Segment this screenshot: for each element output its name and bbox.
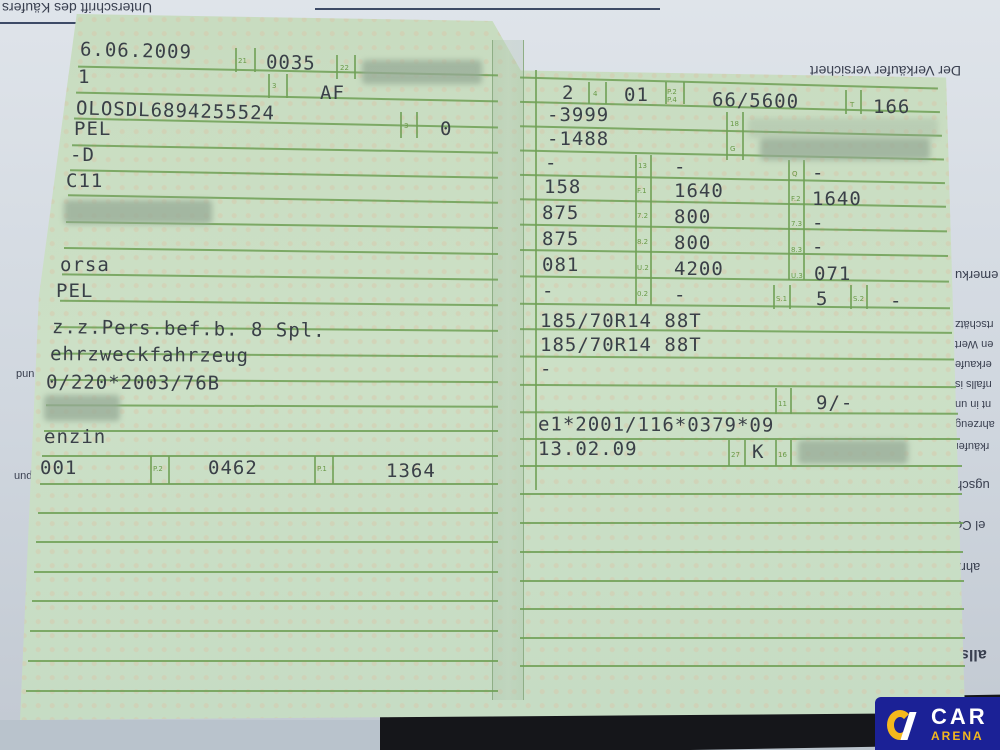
model-name: orsa <box>60 254 110 276</box>
field-27-value: K <box>752 441 764 463</box>
ruled-line <box>44 430 498 432</box>
background-fragment: ugsch <box>955 478 990 493</box>
cell-divider <box>235 48 237 72</box>
make-name: PEL <box>56 280 93 302</box>
field-axles: 2 <box>562 82 574 104</box>
field-code: 3 <box>272 82 276 90</box>
background-fragment: erkaufe <box>955 358 992 370</box>
field-code: 8.3 <box>791 246 802 254</box>
ruled-line <box>520 608 964 610</box>
cell-divider <box>860 90 862 114</box>
field-q-value: - <box>812 162 824 184</box>
field-21-value: 0035 <box>266 51 316 74</box>
field-row6-value: C11 <box>66 170 103 192</box>
ruled-line <box>38 512 498 514</box>
max-mass-f2: 1640 <box>812 188 862 210</box>
engine-power: 66/5600 <box>712 89 800 113</box>
background-fragment: rtschätz <box>955 318 994 330</box>
cell-divider <box>286 74 288 98</box>
field-code: P.2 <box>153 465 163 473</box>
cell-divider <box>314 456 316 484</box>
field-row2-value: 1 <box>78 66 90 88</box>
field-3b-value: 0 <box>440 118 452 140</box>
cell-divider <box>789 285 791 309</box>
body-description: z.z.Pers.bef.b. 8 Spl. <box>52 316 326 342</box>
field-code: 16 <box>778 451 787 459</box>
field-row8-value: 081 <box>542 254 579 276</box>
cell-divider <box>683 82 685 104</box>
field-3-value: AF <box>320 82 345 104</box>
cell-divider <box>742 112 744 160</box>
engine-displacement: 1364 <box>386 460 436 482</box>
field-width: -1488 <box>547 128 609 150</box>
ruled-line <box>36 541 498 543</box>
field-code: 0.2 <box>637 290 648 298</box>
car-arena-logo-icon <box>885 704 925 744</box>
redacted-field <box>798 440 908 464</box>
field-code: U.3 <box>791 272 803 280</box>
field-code: 22 <box>340 64 349 72</box>
field-length: -3999 <box>547 104 609 126</box>
background-fragment: rkäufer <box>955 440 989 452</box>
cell-divider <box>605 82 607 104</box>
cell-divider <box>254 48 256 72</box>
field-code: 8.2 <box>637 238 648 246</box>
max-speed: 166 <box>873 96 910 118</box>
field-code: T <box>850 101 854 109</box>
ruled-line <box>42 455 498 457</box>
eu-type-approval: e1*2001/116*0379*09 <box>538 413 774 436</box>
field-row5-value: -D <box>70 144 95 166</box>
field-row7-value: 875 <box>542 228 579 250</box>
field-row9-value: - <box>542 280 554 302</box>
field-p2-value: 0462 <box>208 457 258 479</box>
standing-s2: - <box>890 290 902 312</box>
cell-divider <box>416 112 418 138</box>
ruled-line <box>520 522 963 524</box>
car-arena-logo: CAR ARENA <box>875 697 1000 750</box>
seats-s1: 5 <box>816 288 828 310</box>
field-code: F.2 <box>791 195 801 203</box>
redacted-owner <box>362 60 482 84</box>
cell-divider <box>650 155 652 305</box>
ruled-line <box>28 660 498 662</box>
redacted-field <box>64 200 212 224</box>
cell-divider <box>150 456 152 484</box>
issue-date: 13.02.09 <box>538 438 638 460</box>
cell-divider <box>788 160 790 280</box>
cell-divider <box>845 90 847 114</box>
tire-size-axle2: 185/70R14 88T <box>540 334 702 356</box>
rpm-u2: 4200 <box>674 258 724 280</box>
cell-divider <box>168 456 170 484</box>
redacted-field <box>44 395 120 421</box>
background-fragment: nfalls is <box>955 378 992 390</box>
vehicle-type: ehrzweckfahrzeug <box>50 343 249 367</box>
field-row12-value: - <box>540 358 552 380</box>
cell-divider <box>850 285 852 309</box>
cell-divider <box>588 82 590 104</box>
background-fragment: nt in un <box>955 398 991 410</box>
ruled-line <box>520 465 962 467</box>
field-code: P.2 P.4 <box>667 88 681 104</box>
ruled-line <box>520 665 965 667</box>
field-row5-value: 158 <box>544 176 581 198</box>
background-signature-label: Unterschrift des Käufers <box>2 0 152 16</box>
cell-divider <box>635 155 637 305</box>
field-code: 13 <box>638 162 647 170</box>
field-7-3-value: - <box>812 212 824 234</box>
field-row6-value: 875 <box>542 202 579 224</box>
cell-divider <box>332 456 334 484</box>
field-code: 27 <box>731 451 740 459</box>
ruled-line <box>32 600 498 602</box>
field-code: 18 <box>730 120 739 128</box>
noise-u3: 071 <box>814 263 851 285</box>
ruled-line <box>520 551 963 553</box>
cell-divider <box>744 440 746 466</box>
cell-divider <box>336 55 338 79</box>
cell-divider <box>354 55 356 79</box>
fuel-type: enzin <box>44 426 106 448</box>
axle-load-2: 800 <box>674 232 711 254</box>
cell-divider <box>775 388 777 414</box>
axle-load-1: 800 <box>674 206 711 228</box>
logo-text-arena: ARENA <box>931 730 988 742</box>
cell-divider <box>400 112 402 138</box>
cell-divider <box>773 285 775 309</box>
field-row4-value: PEL <box>74 118 111 140</box>
field-code: 4 <box>593 90 597 98</box>
field-code: P.1 <box>317 465 327 473</box>
field-0-2-value: - <box>674 284 686 306</box>
cell-divider <box>726 112 728 160</box>
cell-divider <box>268 74 270 98</box>
background-fragment: und <box>16 368 34 380</box>
field-code: F.1 <box>637 187 647 195</box>
field-code: G <box>730 145 735 153</box>
field-row16-code: 001 <box>40 457 77 479</box>
field-code: 7.2 <box>637 212 648 220</box>
cell-divider <box>866 285 868 309</box>
ruled-line <box>520 493 962 495</box>
ruled-line <box>34 571 498 573</box>
code-column-divider <box>535 70 537 490</box>
background-fragment: en Wert <box>955 338 993 350</box>
cell-divider <box>728 440 730 466</box>
field-code: U.2 <box>637 264 649 272</box>
redacted-field <box>748 118 938 138</box>
ruled-line <box>520 637 965 639</box>
field-code: S.2 <box>853 295 864 303</box>
redacted-field <box>760 138 930 160</box>
cell-divider <box>803 160 805 280</box>
eu-approval: 0/220*2003/76B <box>46 371 220 394</box>
cell-divider <box>790 388 792 414</box>
logo-text-car: CAR <box>931 706 988 728</box>
signature-line-right <box>315 8 660 10</box>
ruled-line <box>30 630 498 632</box>
ruled-line <box>26 690 498 692</box>
field-8-3-value: - <box>812 236 824 258</box>
cell-divider <box>790 440 792 466</box>
background-fragment: alls <box>960 645 987 663</box>
field-code: 7.3 <box>791 220 802 228</box>
field-11-value: 9/- <box>816 392 853 414</box>
field-code: Q <box>792 170 798 178</box>
ruled-line <box>520 580 964 582</box>
background-fragment: ahrzeug <box>955 418 995 430</box>
field-13-value: - <box>674 156 686 178</box>
field-code: 11 <box>778 400 787 408</box>
background-fragment: emerku <box>955 268 998 283</box>
field-code: 21 <box>238 57 247 65</box>
max-mass-f1: 1640 <box>674 180 724 202</box>
registration-date: 6.06.2009 <box>80 39 192 64</box>
background-fragment: pun <box>14 470 32 482</box>
field-4-value: 01 <box>624 84 649 106</box>
field-row4-value: - <box>545 152 557 174</box>
field-code: 3 <box>404 122 408 130</box>
cell-divider <box>775 440 777 466</box>
tire-size-axle1: 185/70R14 88T <box>540 310 702 332</box>
field-code: S.1 <box>776 295 787 303</box>
ruled-line <box>40 483 498 485</box>
